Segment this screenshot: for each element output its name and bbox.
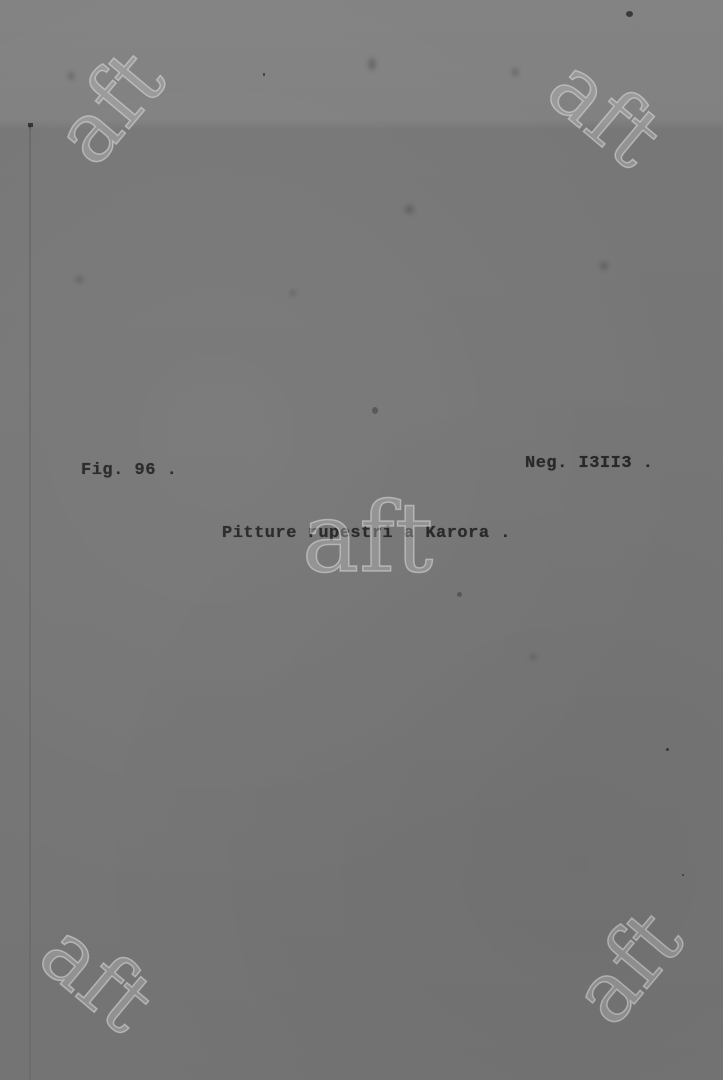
stain (530, 654, 536, 660)
stain (368, 58, 376, 70)
stain (68, 72, 74, 80)
dust-speck (626, 11, 633, 17)
watermark-top-right: aft (534, 43, 676, 181)
stain (512, 68, 518, 76)
watermark-top-left: aft (40, 36, 178, 178)
scanned-page: Fig. 96 . Neg. I3II3 . Pitture rupestri … (0, 0, 723, 1080)
figure-label: Fig. 96 . (81, 461, 177, 480)
watermark-bottom-right: aft (558, 896, 696, 1038)
dust-speck (263, 73, 265, 76)
negative-number: Neg. I3II3 . (525, 454, 653, 473)
dust-speck (372, 407, 378, 414)
dust-speck (682, 874, 684, 876)
stain (290, 290, 296, 296)
dust-speck (666, 748, 669, 751)
stain (405, 205, 414, 214)
card-edge-line (29, 124, 31, 1080)
stain (600, 262, 608, 270)
caption-text: Pitture rupestri a Karora . (222, 524, 511, 543)
stain (76, 276, 83, 283)
card-edge-corner (28, 123, 33, 127)
watermark-bottom-left: aft (26, 908, 168, 1046)
dust-speck (457, 592, 462, 597)
